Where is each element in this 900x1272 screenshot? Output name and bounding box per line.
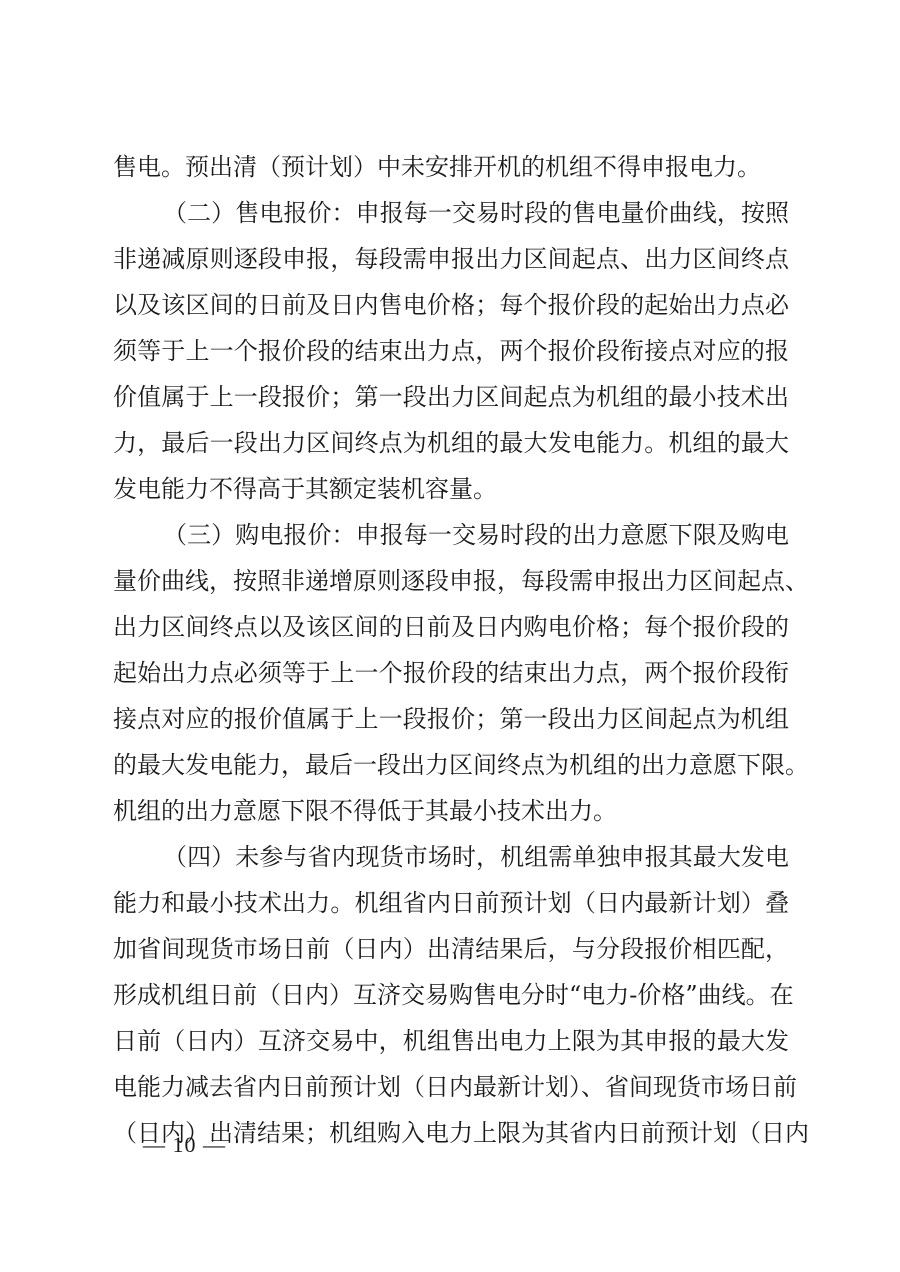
text-line: 机组的出力意愿下限不得低于其最小技术出力。 (113, 788, 789, 834)
text-line: （四）未参与省内现货市场时，机组需单独申报其最大发电 (113, 834, 789, 880)
text-line: 量价曲线，按照非递增原则逐段申报，每段需申报出力区间起点、 (113, 558, 789, 604)
text-line: 以及该区间的日前及日内售电价格；每个报价段的起始出力点必 (113, 282, 789, 328)
document-page: 售电。预出清（预计划）中未安排开机的机组不得申报电力。 （二）售电报价：申报每一… (0, 0, 900, 1272)
text-line: 非递减原则逐段申报，每段需申报出力区间起点、出力区间终点 (113, 236, 789, 282)
text-line: （二）售电报价：申报每一交易时段的售电量价曲线，按照 (113, 190, 789, 236)
text-line: 售电。预出清（预计划）中未安排开机的机组不得申报电力。 (113, 144, 789, 190)
text-line: （三）购电报价：申报每一交易时段的出力意愿下限及购电 (113, 512, 789, 558)
text-line: 加省间现货市场日前（日内）出清结果后，与分段报价相匹配， (113, 926, 789, 972)
text-line: 能力和最小技术出力。机组省内日前预计划（日内最新计划）叠 (113, 880, 789, 926)
text-line: 接点对应的报价值属于上一段报价；第一段出力区间起点为机组 (113, 696, 789, 742)
text-line: 价值属于上一段报价；第一段出力区间起点为机组的最小技术出 (113, 374, 789, 420)
text-line: 须等于上一个报价段的结束出力点，两个报价段衔接点对应的报 (113, 328, 789, 374)
text-line: 日前（日内）互济交易中，机组售出电力上限为其申报的最大发 (113, 1018, 789, 1064)
page-number: — 10 — (143, 1132, 226, 1158)
body-text: 售电。预出清（预计划）中未安排开机的机组不得申报电力。 （二）售电报价：申报每一… (113, 144, 789, 1156)
text-line: 起始出力点必须等于上一个报价段的结束出力点，两个报价段衔 (113, 650, 789, 696)
text-line: 形成机组日前（日内）互济交易购售电分时“电力-价格”曲线。在 (113, 972, 789, 1018)
text-line: 电能力减去省内日前预计划（日内最新计划）、省间现货市场日前 (113, 1064, 789, 1110)
text-line: 力，最后一段出力区间终点为机组的最大发电能力。机组的最大 (113, 420, 789, 466)
text-line: 出力区间终点以及该区间的日前及日内购电价格；每个报价段的 (113, 604, 789, 650)
text-line: 的最大发电能力，最后一段出力区间终点为机组的出力意愿下限。 (113, 742, 789, 788)
text-line: 发电能力不得高于其额定装机容量。 (113, 466, 789, 512)
